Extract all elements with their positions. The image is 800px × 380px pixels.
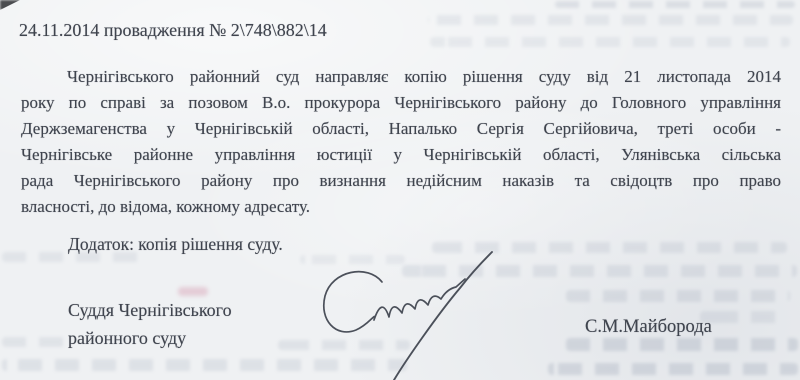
bleedthrough-smudge: [2, 337, 68, 347]
body-line: рада Чернігівського району про визнання …: [21, 169, 781, 193]
case-reference-line: 24.11.2014 провадження № 2\748\882\14: [19, 18, 327, 42]
handwritten-signature: [310, 250, 515, 380]
bleedthrough-smudge: [700, 311, 788, 323]
ink-spot-artifact: [178, 287, 208, 296]
scan-corner-artifact: [0, 0, 20, 10]
body-line: Чернігівське районне управління юстиції …: [21, 143, 781, 167]
signer-title-line: районного суду: [68, 326, 186, 350]
bleedthrough-smudge: [428, 15, 793, 25]
bleedthrough-smudge: [566, 338, 798, 351]
body-line: власності, до відома, кожному адресату.: [21, 195, 781, 219]
body-line: Держземагенства у Чернігівській області,…: [21, 117, 781, 141]
signer-title-line: Суддя Чернігівського: [68, 298, 232, 322]
bleedthrough-smudge: [555, 1, 795, 8]
bleedthrough-smudge: [566, 290, 790, 302]
bleedthrough-smudge: [430, 37, 790, 47]
scanned-court-letter: 24.11.2014 провадження № 2\748\882\14 Че…: [0, 0, 800, 380]
signer-name: С.М.Майборода: [585, 315, 712, 339]
body-line: року по справі за позовом В.о. прокурора…: [21, 91, 781, 115]
body-line: Чернігівського районний суд направляє ко…: [21, 65, 781, 89]
bleedthrough-smudge: [548, 363, 798, 375]
attachment-line: Додаток: копія рішення суду.: [68, 232, 283, 256]
